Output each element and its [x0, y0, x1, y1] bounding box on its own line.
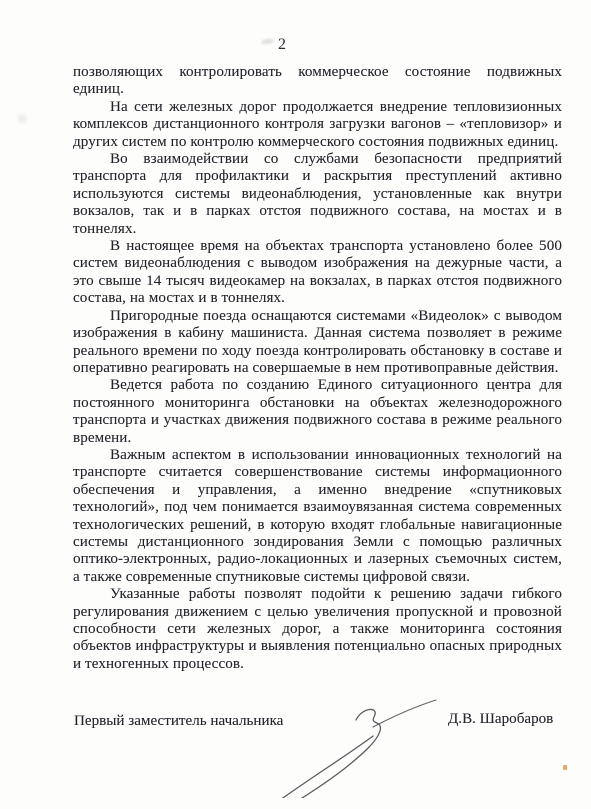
body-paragraph: Во взаимодействии со службами безопаснос… — [73, 151, 562, 238]
scan-artifact-dot — [563, 765, 567, 770]
body-paragraph: Указанные работы позволят подойти к реше… — [73, 586, 562, 673]
body-paragraph: На сети железных дорог продолжается внед… — [73, 99, 562, 151]
body-paragraph: позволяющих контролировать коммерческое … — [73, 64, 562, 99]
signature-stroke — [252, 693, 442, 798]
signature-name: Д.В. Шаробаров — [448, 711, 553, 728]
body-paragraph: Ведется работа по созданию Единого ситуа… — [73, 377, 562, 447]
page-number: 2 — [278, 36, 286, 54]
scan-artifact-smudge — [261, 38, 275, 45]
body-paragraph: Важным аспектом в использовании инноваци… — [73, 447, 562, 586]
document-body: позволяющих контролировать коммерческое … — [73, 64, 562, 673]
scan-artifact-edge — [18, 114, 26, 123]
body-paragraph: В настоящее время на объектах транспорта… — [73, 238, 562, 308]
document-page: 2 позволяющих контролировать коммерческо… — [0, 0, 591, 809]
body-paragraph: Пригородные поезда оснащаются системами … — [73, 308, 562, 378]
